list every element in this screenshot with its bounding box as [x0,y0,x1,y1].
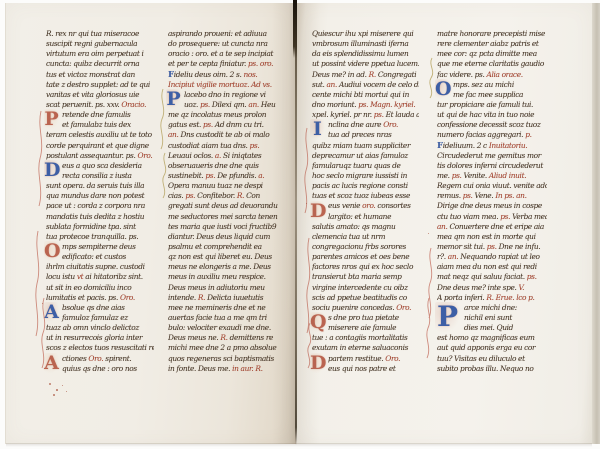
text-line: et famulabz tuis dex [46,120,154,130]
text-line: Incipiut vigilie mortuoz. Ad vs. [168,80,278,90]
text-line: subito probas illu. Nequo no [437,364,547,374]
text-line: transierut bta maria semp [312,272,419,282]
text-run: est homo qz magnificas eum [437,333,535,342]
ink-spot [56,389,58,391]
text-run: R. [220,333,227,342]
text-line: quibz miam tuam suppliciter [312,141,419,151]
text-run: bsolue qs dne aias [62,303,125,312]
text-line: auertas facie tua a me qm tri [168,313,278,323]
text-line: confessione decessit scoz tuoz [437,120,547,130]
text-line: numero facias aggregari. p. [437,130,547,140]
text-line: deprecamur ut aias famuloz [312,151,419,161]
text-run: Confitebor. [195,191,237,200]
text-run: Oro. [396,303,411,312]
penwork-flourish [305,323,315,368]
text-run: Verba mea. [510,212,547,221]
text-line: R. rex nr qui tua miseracoe [46,29,154,39]
text-run: Leuaui oclos. [168,151,215,160]
text-line: mps sempiterne deus [46,242,154,252]
text-run: intende. [168,293,198,302]
text-run: me seductores mei sarcta tenen [168,212,277,221]
text-line: ctiones Oro. spirent. [46,354,154,364]
text-line: sublata formidine tpa. sint [46,222,154,232]
text-run: numero facias aggregari. [437,130,525,139]
text-run: ps. [203,120,213,129]
text-run: virtutum era oim perpetuat i [46,49,143,58]
text-line: est homo qz magnificas eum [437,333,547,343]
text-line: xpel. kyriel. pr nr. ps. Et lauda aia [312,110,419,120]
text-run: Dne ne infu. [497,242,541,251]
text-line: scos z electos tuos resuscitati re [46,343,154,353]
text-run: clemencia tua ut nrm [312,232,385,241]
penwork-flourish [39,298,49,368]
text-line: scis ad ppetue beatitudis co [312,293,419,303]
manuscript-page-left: R. rex nr qui tua miseracoesuscipit regn… [6,3,296,444]
text-line: cias. ps. Confitebor. R. Con [168,191,278,201]
text-run: tuaz ab omn vinclo delictoz [46,323,139,332]
text-run: gatus est. [168,120,203,129]
text-line: tes maria que iusti voci fructib9 [168,222,278,232]
text-run: mea qm non est in morte qui [437,232,536,241]
text-run: tuu? Visitas eu diluculo et [437,354,525,363]
book-bottom-shadow [6,443,592,447]
text-run: ps. [500,212,510,221]
text-run: In ps. an. [495,191,526,200]
text-run: Dilexi qm. [210,100,249,109]
text-line: oracio : oro. et a te sep incipiat [168,49,278,59]
ink-spot [49,383,51,385]
manuscript-page-right: Quiescur ihu xpi miserere quivmbrosum il… [296,3,592,444]
text-run: Ad dnm cu tri. [213,120,264,129]
text-run: edificato: et custos [62,252,126,261]
text-run: demittens re [228,333,273,342]
penwork-flourish [424,298,434,358]
text-run: eus qui nos patre et [328,364,396,373]
text-line: vmbrosum illuminasti iferna [312,39,419,49]
text-line: Circudederut me gemitus mor [437,151,547,161]
text-line: corde perquirant et que digne [46,141,154,151]
text-run: me fac mee supplica [453,90,523,99]
text-line: virtutum era oim perpetuat i [46,49,154,59]
text-run: parentes amicos et oes bene [312,252,409,261]
text-run: Inuitatoriu. [489,141,527,150]
text-run: cuncta: quibz decurrit orna [46,59,139,68]
text-line: uoz. ps. Dilexi qm. an. Heu [168,100,278,110]
text-run: meus ne elongeris a me. Deus [168,262,271,271]
text-line: me seductores mei sarcta tenen [168,212,278,222]
text-run: Oro. [138,151,153,160]
text-run: Et lauda aia [384,110,419,119]
text-run: qz non est qui liberet eu. Deus [168,252,272,261]
text-run: qua mundus dare non potest [46,191,144,200]
text-run: scos z electos tuos resuscitati re [46,343,154,352]
text-run: Opera manuu tuaz ne despi [168,181,263,190]
text-line: Deus me? in ad. R. Congregati [312,70,419,80]
text-run: et famulabz tuis dex [62,120,131,129]
text-line: mee cor: qz pcta dimitte mea [437,49,547,59]
text-line: me fac mee supplica [437,90,547,100]
text-run: Si iniqtates [221,151,261,160]
text-run: ps. Magn. kyriel. [358,100,415,109]
text-run: exutam in eterne saluaconis [312,343,408,352]
text-run: largito: et humane [328,212,391,221]
text-run: teram celestis auxiliu ut te toto [46,130,152,139]
text-line: fac videre. ps. Alia orace. [437,70,547,80]
text-line: aut quid apponis erga eu cor [437,343,547,353]
ink-spot [62,385,63,386]
text-run: mee ne memineris dne et ne [168,303,265,312]
text-line: lacebo dno in regione vi [168,90,278,100]
text-line: retende dne famulis [46,110,154,120]
text-line: bulo: velociter exaudi me dne. [168,323,278,333]
text-run: Alia orace. [487,70,523,79]
text-line: locu istu vt ai hitatoribz sint. [46,272,154,282]
penwork-flourish [158,89,168,149]
text-run: sut. [312,80,326,89]
text-line: pace ut : corda z corpora nra [46,201,154,211]
text-run: matre honorare precepisti mise [437,29,545,38]
text-run: Oracio. [121,100,146,109]
text-line: Opera manuu tuaz ne despi [168,181,278,191]
text-line: partem restitue. Oro. [312,354,419,364]
text-run: p. [525,130,531,139]
text-run: ideliu deus oim. 2 s. [174,70,244,79]
text-line: do prosequere: ut cuncta nra [168,39,278,49]
text-line: ihrlm ciuitatis supne. custodi [46,262,154,272]
text-line: tuaz ab omn vinclo delictoz [46,323,154,333]
text-line: Fideliuum. 2 c Inuitatoriu. [437,141,547,151]
text-run: famularuqz tuaru quas de [312,161,400,170]
text-run: auertas facie tua a me qm tri [168,313,267,322]
text-run: Deus meus in adiutoriu meu [168,283,265,292]
text-run: remus. [437,191,463,200]
text-line: tur propiciare aie famuli tui. [437,100,547,110]
text-run: tes maria que iusti voci fructib9 [168,222,276,231]
text-run: Deus me? in ad. [312,70,369,79]
text-line: sunt opera. da seruis tuis illa [46,181,154,191]
text-run: tuas et scoz tuoz iubeas esse [312,191,410,200]
text-line: obseruaueris dne dne quis [168,161,278,171]
text-run: cente michi bti mortui qui in [312,90,409,99]
text-line: custodiat aiam tua dns. ps. [168,141,278,151]
text-line: Dne deus me? inte spe. V. [437,283,547,293]
text-run: s dne pro tua pietate [328,313,399,322]
text-line: eus a quo sca desideria [46,161,154,171]
text-run: V. [518,283,524,292]
text-line: tuas et scoz tuoz iubeas esse [312,191,419,201]
text-line: edificato: et custos [46,252,154,262]
text-run: salutis amato: qs magnu [312,222,395,231]
text-run: ideliuum. 2 c [443,141,489,150]
text-run: pacis ac lucis regione consti [312,181,408,190]
text-run: miserere aie famule [328,323,396,332]
text-run: an. [326,80,336,89]
illuminated-initial: O [435,79,450,99]
text-run: vmbrosum illuminasti iferna [312,39,408,48]
text-run: meus in auxiliu meu respice. [168,272,266,281]
text-run: sustinebit. [168,171,205,180]
text-line: mat neqz qui saluu faciat. ps. [437,272,547,282]
text-run: scis ad ppetue beatitudis co [312,293,407,302]
text-line: remus. ps. Vene. In ps. an. [437,191,547,201]
text-run: Aliud inuit. [489,171,526,180]
text-line: Deus meus in adiutoriu meu [168,283,278,293]
text-run: R. Erue. lco p. [486,293,534,302]
text-run: retende dne famulis [62,110,130,119]
text-line: michi mee dne 2 a pmo absolue [168,343,278,353]
text-run: oracio : oro. et a te sep incipiat [168,49,273,58]
text-run: R. rex nr qui tua miseracoe [46,29,139,38]
text-run: Incipiut vigilie mortuoz. Ad vs. [168,80,272,89]
text-line: sustinebit. ps. De pfundis. a. [168,171,278,181]
text-run: r?. [437,252,448,261]
text-run: et per te cepta finiatur. [168,59,248,68]
text-run: sunt opera. da seruis tuis illa [46,181,144,190]
text-line: congregacionu frbs sorores [312,242,419,252]
text-line: scat peruenit. ps. xxv. Oracio. [46,100,154,110]
text-run: ut qui de hac vita in tuo noie [437,110,534,119]
text-run: a. [258,171,264,180]
text-run: ut possint videre ppetua lucem. [312,59,419,68]
text-line: cente michi bti mortui qui in [312,90,419,100]
text-line: tua ad preces nras [312,130,419,140]
text-run: an. [448,252,458,261]
text-run: quibz miam tuam suppliciter [312,141,410,150]
text-run: transierut bta maria semp [312,272,402,281]
text-line: postulant assequantur. ps. Oro. [46,151,154,161]
text-line: famuloz famulaz ez [46,313,154,323]
text-line: meus in auxiliu meu respice. [168,272,278,282]
text-run: Delicta iuuetutis [205,293,263,302]
text-column: aspirando proueni: et adiuuado prosequer… [168,29,278,374]
text-run: R. [369,70,376,79]
text-run: partem restitue. [328,354,385,363]
text-run: ihrlm ciuitatis supne. custodi [46,262,145,271]
penwork-flourish [36,111,46,206]
text-run: do prosequere: ut cuncta nra [168,39,268,48]
text-run: me qz incolatus meus prolon [168,110,266,119]
text-run: cias. [168,191,185,200]
text-line: tus et victoz monstrat dan [46,70,154,80]
illuminated-initial: I [310,119,325,139]
text-line: matre honorare precepisti mise [437,29,547,39]
text-run: Dne deus me? inte spe. [437,283,518,292]
text-line: r?. an. Nequando rapiat ut leo [437,252,547,262]
text-line: hoc seclo migrare iussisti in [312,171,419,181]
text-line: mee ne memineris dne et ne [168,303,278,313]
text-run: deprecamur ut aias famuloz [312,151,408,160]
text-line: et per te cepta finiatur. ps. oro. [168,59,278,69]
text-line: in fonte. Deus me. in aur. R. [168,364,278,374]
text-run: rere clementer aiabz patris et [437,39,539,48]
text-run: Conuertere dne et eripe aia [447,222,544,231]
text-run: dies mei. Quid [464,323,513,332]
text-run: diantur. Deus deus liquid cum [168,232,270,241]
text-run: consortes [375,201,410,210]
text-column: R. rex nr qui tua miseracoesuscipit regn… [46,29,154,374]
text-run: me. [437,171,452,180]
text-run: vanitas et vita gloriosus uie [46,90,139,99]
text-run: an. [168,130,178,139]
text-run: mandatis tuis dedita z hostiu [46,212,144,221]
text-line: tate z destro supplet: ad te qui [46,80,154,90]
text-run: Dns custodit te ab oi malo [178,130,269,139]
text-line: que me eterne claritatis gaudio [437,59,547,69]
manuscript-photo: R. rex nr qui tua miseracoesuscipit regn… [0,0,600,449]
text-run: an. [248,100,258,109]
text-line: ut possint videre ppetua lucem. [312,59,419,69]
text-line: clemencia tua ut nrm [312,232,419,242]
text-line: quos regeneras sci baptismatis [168,354,278,364]
text-run: tua ad preces nras [328,130,391,139]
text-line: meus ne elongeris a me. Deus [168,262,278,272]
text-line: rere clementer aiabz patris et [437,39,547,49]
ink-spot [53,394,55,396]
text-run: confessione decessit scoz tuoz [437,120,540,129]
text-line: cuncta: quibz decurrit orna [46,59,154,69]
text-line: largito: et humane [312,212,419,222]
text-line: aspirando proueni: et adiuua [168,29,278,39]
text-run: famuloz famulaz ez [62,313,128,322]
text-line: tis dolores inferni circudederut [437,161,547,171]
text-run: Audiui vocem de celo di [337,80,419,89]
illuminated-initial: D [44,160,59,180]
text-line: suscipit regni gubernacula [46,39,154,49]
text-line: an. Dns custodit te ab oi malo [168,130,278,140]
text-line: factores nros qui ex hoc seclo [312,262,419,272]
text-line: recta consilia z iusta [46,171,154,181]
center-fold [295,0,297,445]
text-line: eus venie oro. consortes [312,201,419,211]
text-run: R. [237,191,244,200]
illuminated-initial: P [166,89,181,109]
text-line: pacis ac lucis regione consti [312,181,419,191]
text-run: an. [437,222,447,231]
text-line: s dne pro tua pietate [312,313,419,323]
text-run: spirent. [103,354,131,363]
text-run: uoz. [184,100,200,109]
text-run: Regem cui onia viuut. venite ado [437,181,547,190]
text-run: mat neqz qui saluu faciat. [437,272,527,281]
text-line: me qz incolatus meus prolon [168,110,278,120]
penwork-flourish [302,128,312,213]
text-run: quos regeneras sci baptismatis [168,354,274,363]
text-run: Oro. [385,354,400,363]
text-run: Vene. [473,191,496,200]
text-line: tua protecoe tranquilla. ps. [46,232,154,242]
text-line: mps. sez au michi [437,80,547,90]
text-line: teram celestis auxiliu ut te toto [46,130,154,140]
text-run: eus venie [328,201,362,210]
text-line: sociu puenire concedas. Oro. [312,303,419,313]
text-line: ctu tuo viam mea. ps. Verba mea. [437,212,547,222]
text-run: da eis splendidissimu lumen [312,49,408,58]
text-run: lacebo dno in regione vi [184,90,266,99]
text-line: gregati sunt deus ad deuorandu [168,201,278,211]
text-line: Regem cui onia viuut. venite ado [437,181,547,191]
text-run: ps. [452,171,462,180]
text-run: eus a quo sca desideria [62,161,142,170]
text-run: Oro. [88,354,103,363]
center-fold-top [293,0,297,58]
text-run: aut quid apponis erga eu cor [437,343,535,352]
illuminated-initial: P [435,302,460,332]
text-run: tue : a contagiis mortalitatis [312,333,407,342]
text-line: famularuqz tuaru quas de [312,161,419,171]
text-run: hoc seclo migrare iussisti in [312,171,407,180]
text-line: qz non est qui liberet eu. Deus [168,252,278,262]
text-run: memor sit tui. [437,242,487,251]
text-run: ps. [200,100,210,109]
text-run: corde perquirant et que digne [46,141,149,150]
text-run: ps. oro. [248,59,273,68]
text-line: dno moriunt. ps. Magn. kyriel. [312,100,419,110]
text-run: Heu [259,100,276,109]
text-run: ctu tuo viam mea. [437,212,500,221]
text-line: intende. R. Delicta iuuetutis [168,293,278,303]
text-line: diantur. Deus deus liquid cum [168,232,278,242]
text-run: ps. [250,141,260,150]
text-run: locu istu [46,272,77,281]
illuminated-initial: O [44,241,59,261]
text-run: virgine intercedente cu oibz [312,283,408,292]
text-run: sublata formidine tpa. sint [46,222,136,231]
text-line: me. ps. Venite. Aliud inuit. [437,171,547,181]
text-run: dno moriunt. [312,100,358,109]
text-run: nichil eni sunt [464,313,512,322]
text-run: subito probas illu. Nequo no [437,364,534,373]
text-run: ps. [463,191,473,200]
text-run: ai hitatoribz sint. [83,272,143,281]
text-run: aspirando proueni: et adiuua [168,29,267,38]
text-line: quius qs dne : oro nos [46,364,154,374]
text-line: aiam mea du non est qui redi [437,262,547,272]
text-run: nclina dne aure [328,120,383,129]
text-run: tis dolores inferni circudederut [437,161,543,170]
text-line: da eis splendidissimu lumen [312,49,419,59]
text-run: ut in resurrecois gloria inter [46,333,142,342]
text-run: in fonte. Deus me. [168,364,232,373]
text-line: bsolue qs dne aias [46,303,154,313]
text-line: Deus meus ne. R. demittens re [168,333,278,343]
text-line: Quiescur ihu xpi miserere qui [312,29,419,39]
text-line: exutam in eterne saluaconis [312,343,419,353]
text-line: Fideliu deus oim. 2 s. nos. [168,70,278,80]
text-line: vanitas et vita gloriosus uie [46,90,154,100]
text-line: tue : a contagiis mortalitatis [312,333,419,343]
text-run: custodiat aiam tua dns. [168,141,250,150]
text-run: ps. [205,171,215,180]
text-run: Nequando rapiat ut leo [458,252,539,261]
text-line: eus qui nos patre et [312,364,419,374]
text-run: Oro. [383,120,398,129]
text-run: congregacionu frbs sorores [312,242,406,251]
text-line: Dirige dne deus meus in cospe [437,201,547,211]
text-run: mee cor: qz pcta dimitte mea [437,49,537,58]
text-run: De pfundis. [215,171,258,180]
text-run: ps. [185,191,195,200]
text-run: factores nros qui ex hoc seclo [312,262,413,271]
text-run: bulo: velociter exaudi me dne. [168,323,271,332]
text-column: Quiescur ihu xpi miserere quivmbrosum il… [312,29,419,374]
text-line: qua mundus dare non potest [46,191,154,201]
text-line: sut. an. Audiui vocem de celo di [312,80,419,90]
text-run: tur propiciare aie famuli tui. [437,100,533,109]
text-run: pace ut : corda z corpora nra [46,201,145,210]
text-line: ut qui de hac vita in tuo noie [437,110,547,120]
text-line: gatus est. ps. Ad dnm cu tri. [168,120,278,130]
text-line: miserere aie famule [312,323,419,333]
